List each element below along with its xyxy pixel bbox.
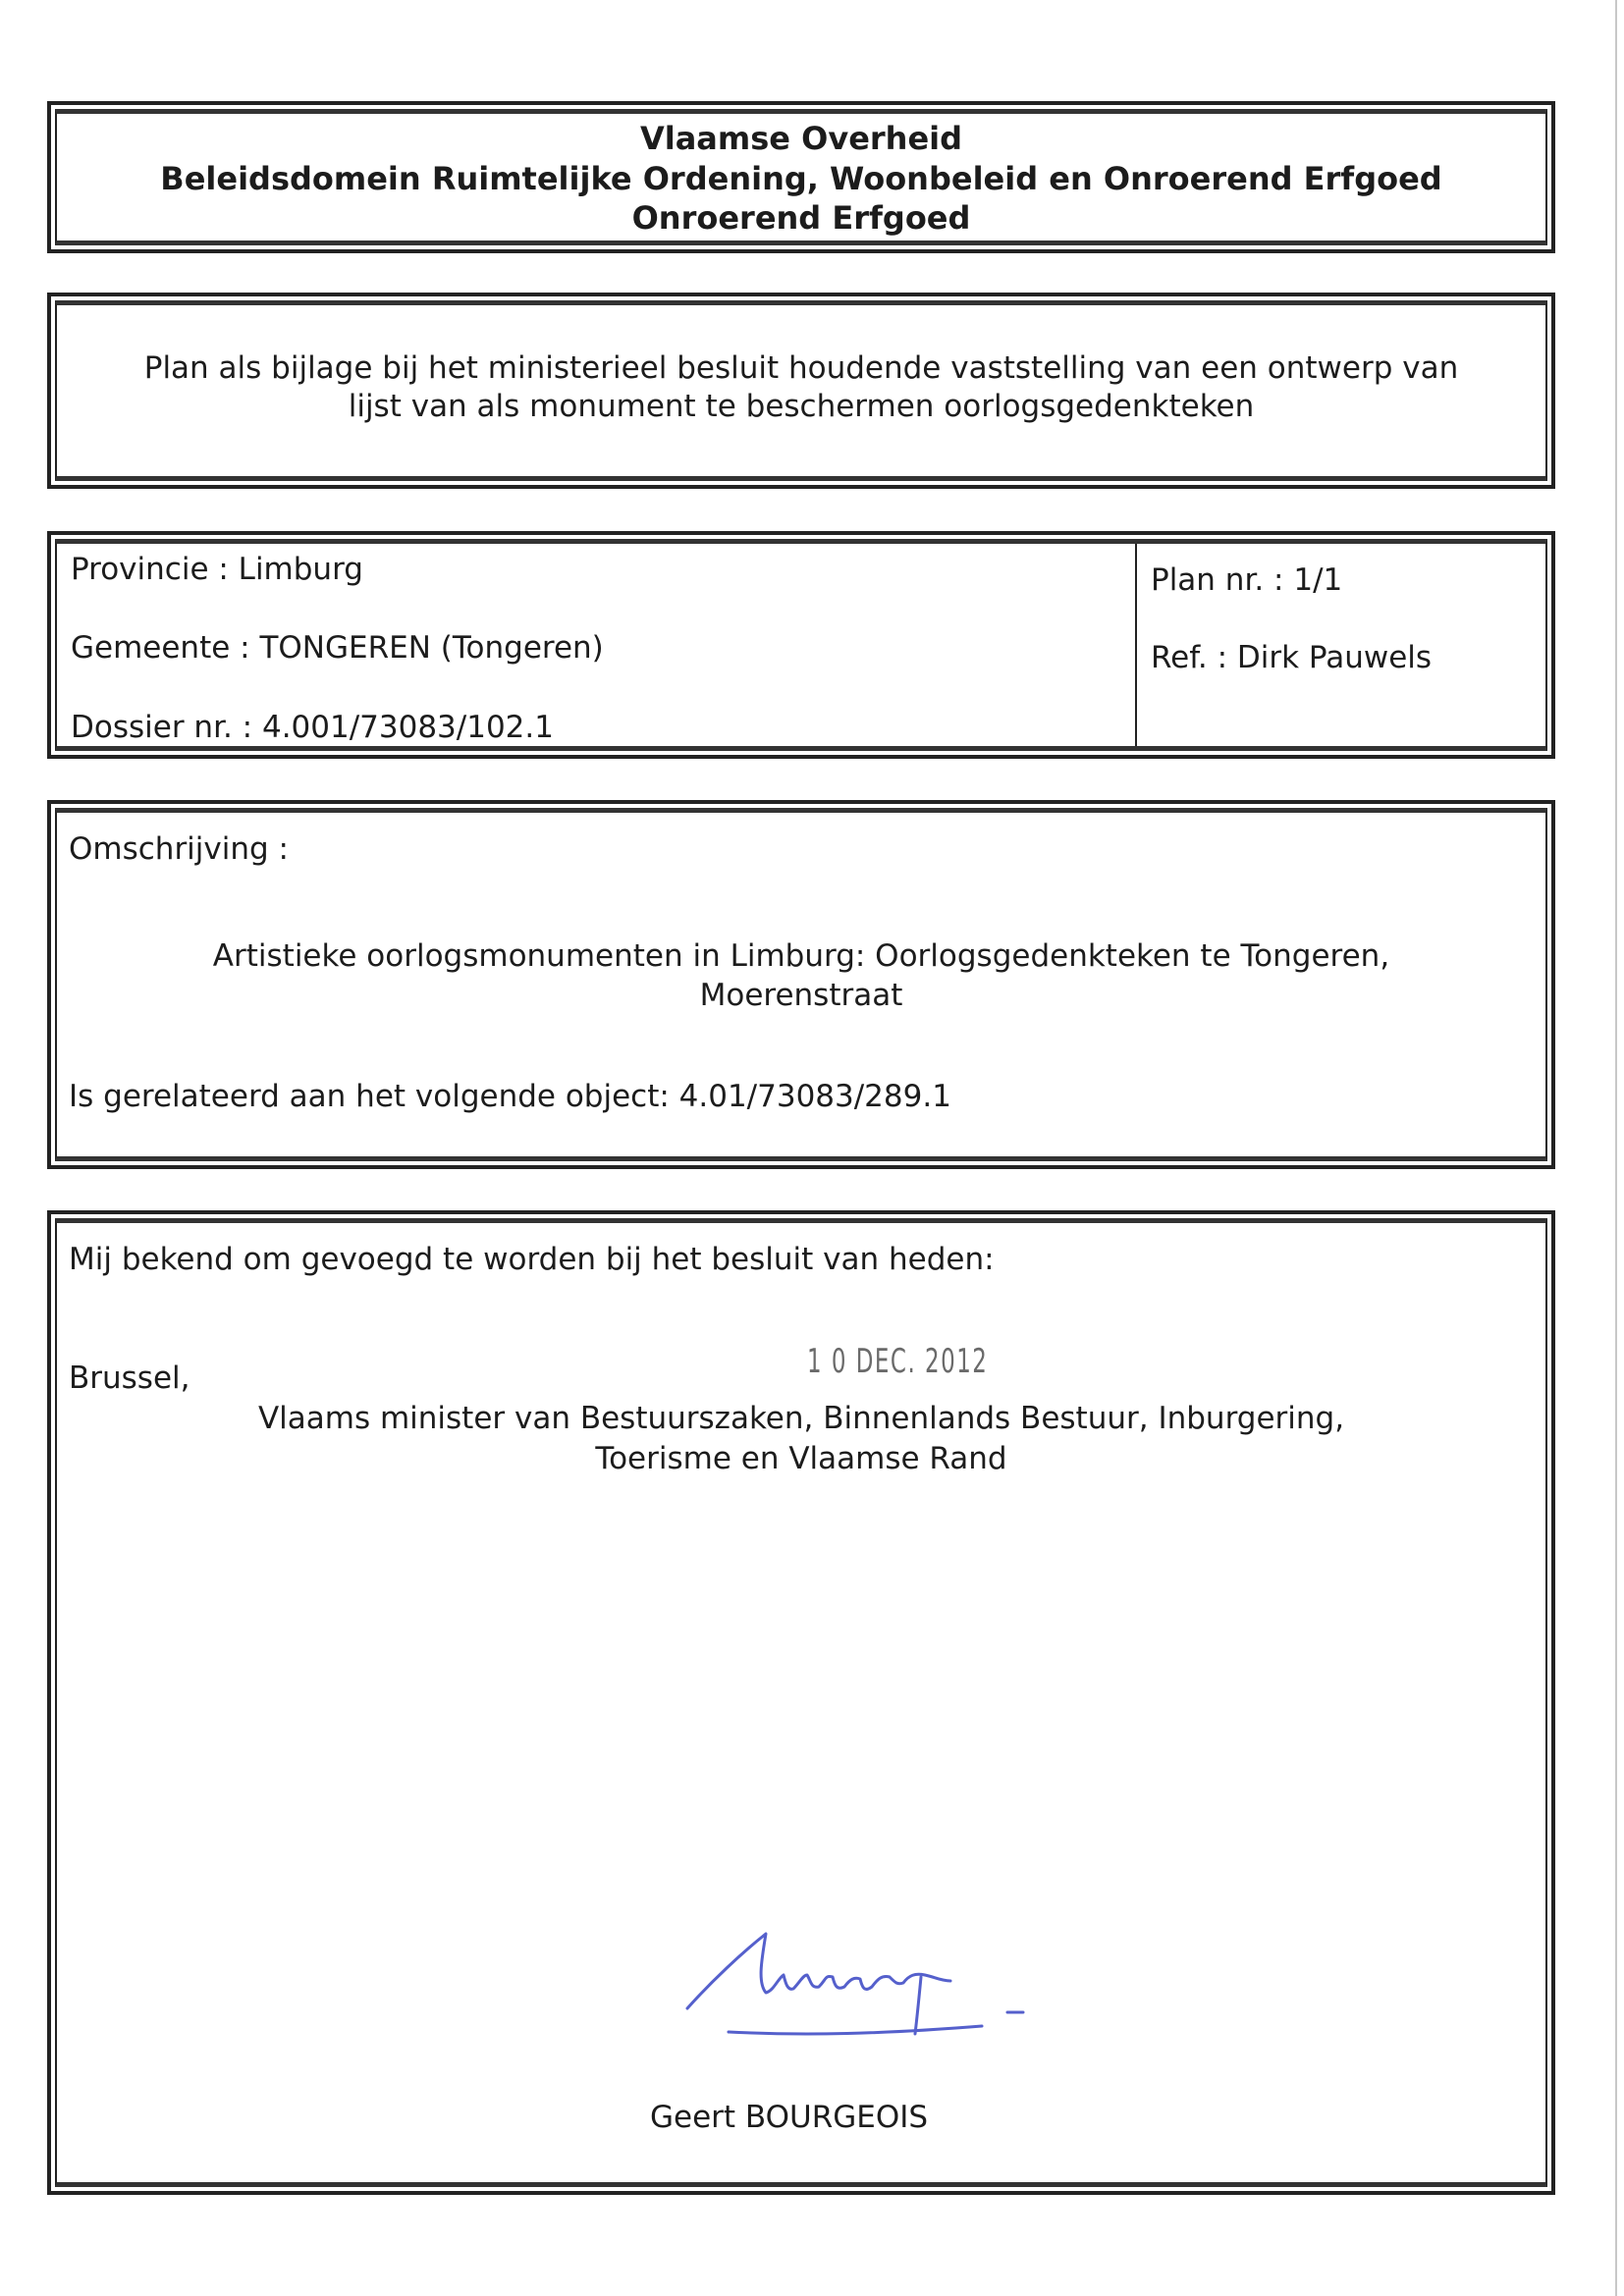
plan-nr-field: Plan nr. : 1/1 <box>1151 565 1342 596</box>
signature-icon <box>668 1924 1178 2061</box>
header-line-2: Beleidsdomein Ruimtelijke Ordening, Woon… <box>51 163 1551 194</box>
minister-title-line-2: Toerisme en Vlaamse Rand <box>51 1444 1551 1474</box>
dossier-field: Dossier nr. : 4.001/73083/102.1 <box>71 713 554 743</box>
description-box: Omschrijving : Artistieke oorlogsmonumen… <box>47 800 1555 1169</box>
info-divider <box>1135 544 1137 746</box>
approval-intro: Mij bekend om gevoegd te worden bij het … <box>69 1245 995 1275</box>
related-object: Is gerelateerd aan het volgende object: … <box>69 1082 951 1112</box>
minister-title-line-1: Vlaams minister van Bestuurszaken, Binne… <box>51 1404 1551 1434</box>
ref-field: Ref. : Dirk Pauwels <box>1151 643 1432 673</box>
provincie-field: Provincie : Limburg <box>71 555 363 585</box>
place: Brussel, <box>69 1363 190 1394</box>
gemeente-field: Gemeente : TONGEREN (Tongeren) <box>71 633 604 664</box>
signatory-name: Geert BOURGEOIS <box>650 2103 928 2133</box>
plan-title-box: Plan als bijlage bij het ministerieel be… <box>47 293 1555 489</box>
info-box: Provincie : Limburg Gemeente : TONGEREN … <box>47 531 1555 759</box>
plan-title-line-2: lijst van als monument te beschermen oor… <box>51 392 1551 422</box>
scan-edge-line <box>1615 0 1617 2296</box>
description-text-line-2: Moerenstraat <box>51 981 1551 1011</box>
description-label: Omschrijving : <box>69 834 289 865</box>
header-line-3: Onroerend Erfgoed <box>51 202 1551 234</box>
plan-title-line-1: Plan als bijlage bij het ministerieel be… <box>51 353 1551 384</box>
description-text-line-1: Artistieke oorlogsmonumenten in Limburg:… <box>51 941 1551 972</box>
header-box: Vlaamse Overheid Beleidsdomein Ruimtelij… <box>47 101 1555 253</box>
header-line-1: Vlaamse Overheid <box>51 123 1551 154</box>
date-stamp: 1 0 DEC. 2012 <box>807 1345 988 1378</box>
